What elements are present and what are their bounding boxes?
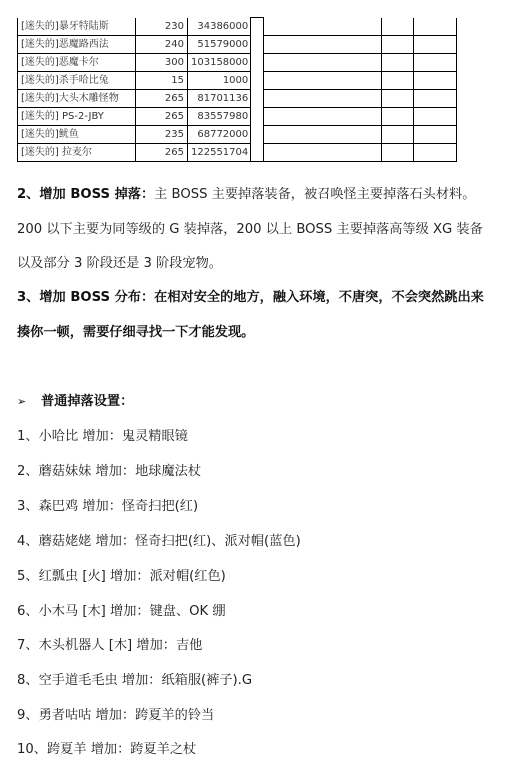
boss-level: 300: [136, 53, 188, 71]
table-row: [迷失的]暴牙特陆斯 230 34386000: [18, 18, 457, 36]
empty-cell: [264, 71, 382, 89]
drop-item: 5、红瓢虫 [火] 增加：派对帽(红色): [17, 567, 226, 587]
empty-cell: [382, 125, 414, 143]
boss-name: [迷失的]大头木雕怪物: [18, 89, 136, 107]
drop-item: 9、勇者咕咕 增加：跨夏羊的铃当: [17, 706, 214, 726]
empty-cell: [414, 143, 457, 161]
empty-cell: [414, 89, 457, 107]
table-row: [迷失的]大头木雕怪物 265 81701136: [18, 89, 457, 107]
boss-level: 265: [136, 143, 188, 161]
drop-item: 2、蘑菇妹妹 增加：地球魔法杖: [17, 462, 201, 482]
merged-cell: [251, 125, 264, 143]
empty-cell: [264, 53, 382, 71]
drop-item: 3、森巴鸡 增加：怪奇扫把(红): [17, 497, 198, 517]
boss-hp: 34386000: [188, 18, 251, 36]
boss-name: [迷失的]恶魔路西法: [18, 35, 136, 53]
table-row: [迷失的] PS-2-JBY 265 83557980: [18, 107, 457, 125]
empty-cell: [382, 35, 414, 53]
boss-level: 265: [136, 107, 188, 125]
empty-cell: [382, 89, 414, 107]
merged-cell: [251, 143, 264, 161]
drop-item: 1、小哈比 增加：鬼灵精眼镜: [17, 427, 188, 447]
boss-level: 240: [136, 35, 188, 53]
boss-level: 230: [136, 18, 188, 36]
empty-cell: [414, 71, 457, 89]
empty-cell: [264, 89, 382, 107]
empty-cell: [414, 35, 457, 53]
empty-cell: [414, 53, 457, 71]
drop-item: 7、木头机器人 [木] 增加：吉他: [17, 636, 202, 656]
empty-cell: [264, 143, 382, 161]
boss-name: [迷失的]恶魔卡尔: [18, 53, 136, 71]
empty-cell: [382, 71, 414, 89]
merged-cell: [251, 53, 264, 71]
boss-name: [迷失的]暴牙特陆斯: [18, 18, 136, 36]
empty-cell: [264, 18, 382, 36]
merged-cell: [251, 89, 264, 107]
normal-drops-heading: ➢普通掉落设置：: [17, 392, 133, 412]
boss-name: [迷失的]鱿鱼: [18, 125, 136, 143]
table-row: [迷失的]鱿鱼 235 68772000: [18, 125, 457, 143]
merged-cell: [251, 71, 264, 89]
boss-hp: 1000: [188, 71, 251, 89]
drop-item: 4、蘑菇姥姥 增加：怪奇扫把(红)、派对帽(蓝色): [17, 532, 301, 552]
merged-cell: [251, 35, 264, 53]
boss-hp: 51579000: [188, 35, 251, 53]
arrow-bullet-icon: ➢: [17, 392, 41, 412]
merged-cell: [251, 107, 264, 125]
empty-cell: [382, 18, 414, 36]
empty-cell: [382, 143, 414, 161]
boss-level: 15: [136, 71, 188, 89]
boss-hp: 103158000: [188, 53, 251, 71]
normal-drops-title: 普通掉落设置：: [41, 394, 133, 409]
drop-item: 10、跨夏羊 增加：跨夏羊之杖: [17, 740, 196, 760]
boss-table: [迷失的]暴牙特陆斯 230 34386000 [迷失的]恶魔路西法 240 5…: [17, 17, 457, 162]
boss-level: 265: [136, 89, 188, 107]
empty-cell: [382, 107, 414, 125]
table-row: [迷失的]杀手哈比兔 15 1000: [18, 71, 457, 89]
boss-level: 235: [136, 125, 188, 143]
boss-hp: 122551704: [188, 143, 251, 161]
section-2-boss-drops: 2、增加 BOSS 掉落：主 BOSS 主要掉落装备，被召唤怪主要掉落石头材料。…: [17, 178, 487, 282]
empty-cell: [264, 35, 382, 53]
table-row: [迷失的]恶魔路西法 240 51579000: [18, 35, 457, 53]
section-2-title: 2、增加 BOSS 掉落：: [17, 187, 154, 202]
drop-item: 8、空手道毛毛虫 增加：纸箱服(裤子).G: [17, 671, 252, 691]
table-row: [迷失的]恶魔卡尔 300 103158000: [18, 53, 457, 71]
boss-name: [迷失的] 拉麦尔: [18, 143, 136, 161]
drop-item: 6、小木马 [木] 增加：键盘、OK 绷: [17, 602, 226, 622]
boss-hp: 68772000: [188, 125, 251, 143]
table-row: [迷失的] 拉麦尔 265 122551704: [18, 143, 457, 161]
boss-hp: 83557980: [188, 107, 251, 125]
empty-cell: [264, 107, 382, 125]
empty-cell: [382, 53, 414, 71]
merged-cell: [251, 18, 264, 36]
empty-cell: [414, 125, 457, 143]
section-3-boss-distribution: 3、增加 BOSS 分布：在相对安全的地方，融入环境，不唐突，不会突然跳出来揍你…: [17, 281, 487, 350]
boss-name: [迷失的]杀手哈比兔: [18, 71, 136, 89]
empty-cell: [264, 125, 382, 143]
boss-name: [迷失的] PS-2-JBY: [18, 107, 136, 125]
boss-hp: 81701136: [188, 89, 251, 107]
empty-cell: [414, 107, 457, 125]
empty-cell: [414, 18, 457, 36]
